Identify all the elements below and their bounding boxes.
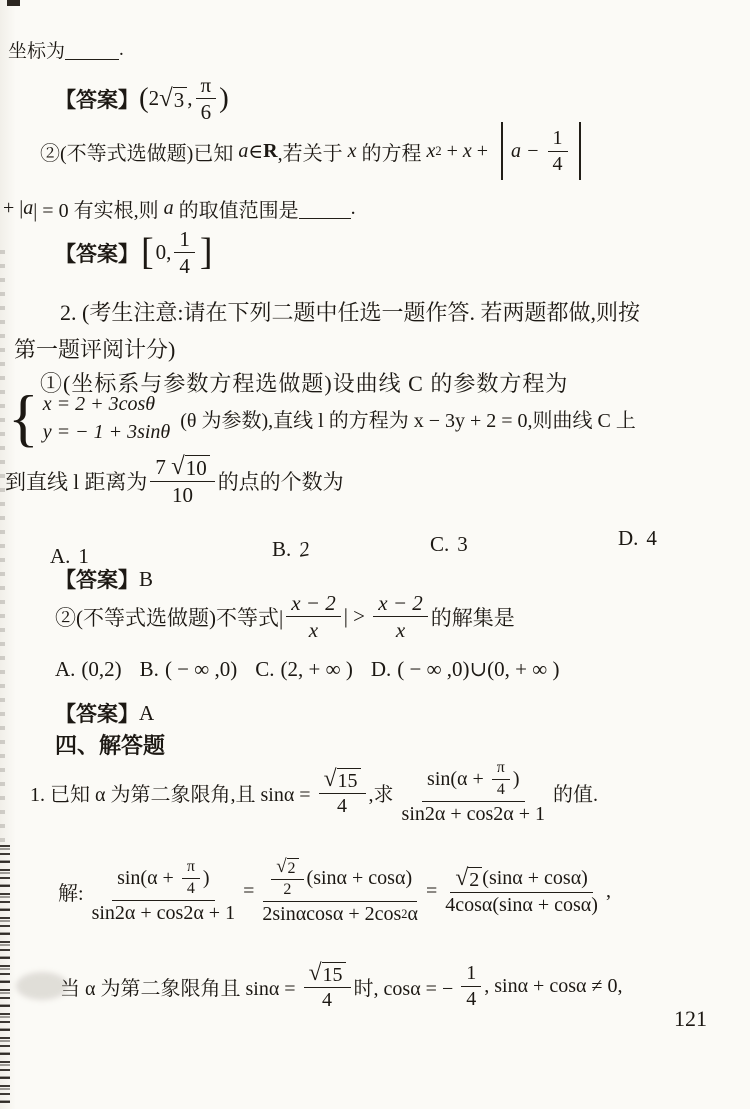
radical-sign: √ (276, 859, 286, 875)
fraction-step-1: sin(α + π4)sin2α + cos2α + 1 (87, 859, 241, 924)
numerator: sin(α + π4) (112, 859, 215, 901)
numerator: √2(sinα + cosα) (450, 867, 593, 893)
fraction-root15-4: √154 (319, 768, 366, 817)
num-text: (sinα + cosα) (307, 868, 413, 889)
trailing-comma: , (606, 880, 611, 903)
choice-row-2: A.(0,2) B.( − ∞ ,0) C.(2, + ∞ ) D.( − ∞ … (55, 657, 559, 682)
denominator: 6 (196, 99, 217, 123)
problem-1: 1. 已知 α 为第二象限角,且 sinα = √154,求sin(α + π4… (30, 760, 598, 825)
option-value: ( − ∞ ,0)∪(0, + ∞ ) (397, 657, 559, 681)
square-root: √15 (324, 768, 361, 791)
answer-blank-underline (65, 39, 119, 59)
distance-text-1: 到直线 l 距离为 (5, 466, 147, 496)
radicand: 15 (322, 962, 346, 985)
numerator: √22(sinα + cosα) (263, 858, 417, 902)
answer-label: 【答案】 (55, 84, 139, 114)
fraction-x-minus-2-over-x-2: x − 2x (373, 592, 428, 641)
choice-option-d: D.4 (618, 526, 657, 551)
fraction-x-minus-2-over-x: x − 2x (286, 592, 341, 641)
denominator: 4 (548, 152, 568, 175)
denominator: 4 (332, 794, 352, 817)
numerator: 1 (548, 128, 568, 152)
text-1: ②(不等式选做题)不等式| (55, 602, 283, 632)
equals-1: = (243, 880, 254, 903)
notice-line-1: 2. (考生注意:请在下列二题中任选一题作答. 若两题都做,则按 (60, 296, 640, 327)
option-value: (0,2) (81, 657, 121, 681)
radical-sign: √ (324, 769, 337, 789)
page-number: 121 (674, 1006, 707, 1032)
fraction-1-4: 14 (461, 963, 481, 1010)
numerator: √2 (271, 858, 303, 880)
fraction-pi-4: π4 (182, 859, 200, 898)
option-label: B. (272, 537, 291, 562)
set-R: R (263, 140, 277, 163)
text-1: + | (3, 197, 23, 220)
num-text-2: ) (203, 868, 210, 889)
var-a: a (238, 140, 248, 163)
choice2-option-d: D.( − ∞ ,0)∪(0, + ∞ ) (371, 657, 560, 682)
plus-2: + (472, 140, 493, 163)
question-inequality-optional: ②(不等式选做题)已知 a∈R,若关于 x 的方程 x2 + x + a − 1… (40, 122, 589, 180)
text-3: 的取值范围是 (174, 194, 299, 223)
denominator: 4 (317, 988, 337, 1011)
question-text-1: ②(不等式选做题)已知 (40, 137, 238, 166)
plus: + (442, 140, 463, 163)
answer-label: 【答案】 (55, 698, 139, 728)
answer-polar-coordinates: 【答案】(2√3,π6) (55, 74, 229, 123)
fraction-pi-4: π4 (492, 760, 510, 799)
square-root: √3 (159, 87, 187, 111)
num-text-1: sin(α + (427, 769, 489, 790)
numerator: √15 (319, 768, 366, 794)
abs-bar-right (579, 122, 581, 180)
conclusion-text-2: 时, cosα = − (354, 972, 459, 1001)
option-label: B. (140, 657, 159, 681)
solution-label: 解: (58, 877, 84, 906)
radicand: 10 (185, 455, 210, 479)
radicand: 2 (468, 867, 482, 890)
bracket-open: [ (139, 236, 156, 268)
answer-value: B (139, 567, 153, 592)
fraction-1-4: 14 (174, 228, 195, 277)
fraction-7root10-10: 7 √1010 (150, 455, 214, 506)
choice-option-c: C.3 (430, 532, 468, 557)
numerator: π (492, 760, 510, 780)
radical-sign: √ (159, 88, 173, 109)
zero-comma: 0, (156, 240, 172, 265)
scan-artifact-top-mark (7, 0, 20, 6)
denominator: x (304, 617, 323, 641)
question-text-2: ,若关于 (278, 137, 348, 166)
fraction-pi-6: π6 (196, 74, 217, 123)
solution-conclusion: 当 α 为第二象限角且 sinα = √154时, cosα = − 14, s… (60, 962, 622, 1011)
notice-line-2: 第一题评阅计分) (14, 333, 175, 364)
var-a-2: a (164, 197, 174, 220)
numerator: x − 2 (373, 592, 428, 617)
solution-line: 解:sin(α + π4)sin2α + cos2α + 1=√22(sinα … (58, 858, 611, 925)
num-text-1: sin(α + (117, 868, 179, 889)
period: . (119, 39, 124, 61)
scanned-document-page: 坐标为. 【答案】(2√3,π6) ②(不等式选做题)已知 a∈R,若关于 x … (0, 0, 750, 1109)
square-root: √10 (171, 455, 210, 479)
numerator: 1 (461, 963, 481, 987)
radical-sign: √ (455, 868, 468, 888)
option-value: ( − ∞ ,0) (165, 657, 237, 681)
answer-blank-underline (299, 198, 351, 219)
num-text: (sinα + cosα) (482, 868, 588, 889)
radicand: 2 (287, 858, 299, 877)
option-value: (2, + ∞ ) (281, 657, 353, 681)
choice2-option-b: B.( − ∞ ,0) (140, 657, 238, 682)
question-text-3: 的方程 (356, 137, 426, 166)
numerator: π (182, 859, 200, 879)
denominator: 2sinαcosα + 2cos2α (257, 902, 423, 925)
text-3: 的解集是 (431, 602, 515, 632)
text-2: | > (344, 604, 371, 629)
option-label: C. (255, 657, 274, 681)
scan-artifact-left-band (0, 845, 10, 1109)
paren-close: ) (219, 86, 229, 111)
bracket-close: ] (198, 236, 215, 268)
problem-text-3: 的值. (553, 778, 598, 807)
equals-2: = (426, 880, 437, 903)
conclusion-text-1: 当 α 为第二象限角且 sinα = (60, 972, 301, 1001)
numerator: 7 √10 (150, 455, 214, 482)
answer-choice-b: 【答案】B (55, 564, 153, 594)
var-a: a (23, 197, 33, 220)
paren-open: ( (139, 86, 149, 111)
notice-text-2: 第一题评阅计分) (14, 333, 175, 364)
element-of: ∈ (248, 139, 263, 164)
section-heading: 四、解答题 (55, 729, 165, 760)
var-x: x (348, 140, 357, 163)
denominator: 10 (167, 482, 198, 506)
numerator: x − 2 (286, 592, 341, 617)
fraction-root2-2: √22 (271, 858, 303, 899)
distance-text-2: 的点的个数为 (218, 466, 344, 496)
answer-value: A (139, 701, 154, 726)
conclusion-text-3: , sinα + cosα ≠ 0, (484, 975, 622, 998)
numerator: √15 (304, 962, 351, 988)
radicand: 3 (173, 87, 188, 111)
numerator: sin(α + π4) (422, 760, 525, 802)
period: . (351, 197, 356, 220)
system-following-text: (θ 为参数),直线 l 的方程为 x − 3y + 2 = 0,则曲线 C 上 (180, 404, 636, 433)
option-value: 4 (646, 526, 657, 551)
equation-system: x = 2 + 3cosθy = − 1 + 3sinθ (43, 390, 171, 446)
var-x-2: x (463, 140, 472, 163)
option-label: A. (55, 657, 75, 681)
coefficient-7: 7 (155, 456, 171, 478)
choice-option-b: B.2 (272, 537, 310, 562)
num-text-2: ) (513, 769, 520, 790)
option-label: D. (618, 526, 638, 551)
numerator: 1 (174, 228, 195, 253)
radical-sign: √ (171, 456, 185, 477)
var-x-squared-base: x (426, 140, 435, 163)
distance-line: 到直线 l 距离为7 √1010的点的个数为 (5, 455, 344, 506)
square-root: √15 (309, 962, 346, 985)
option-label: C. (430, 532, 449, 557)
problem-text-2: ,求 (369, 778, 394, 807)
denominator: sin2α + cos2α + 1 (87, 901, 241, 924)
option-label: D. (371, 657, 391, 681)
radical-sign: √ (309, 963, 322, 983)
equation-x: x = 2 + 3cosθ (43, 390, 171, 418)
equation-y: y = − 1 + 3sinθ (43, 418, 171, 446)
numerator: π (196, 74, 217, 99)
scan-artifact-left-faint (0, 250, 5, 850)
option-value: 2 (297, 536, 311, 562)
den-text-1: 2sinαcosα + 2cos (262, 904, 401, 925)
coefficient: 2 (149, 86, 160, 111)
denominator: x (391, 617, 410, 641)
denominator: 2 (278, 880, 296, 899)
choice2-option-a: A.(0,2) (55, 657, 122, 682)
abs-content: a − (511, 140, 545, 163)
page-number-text: 121 (674, 1006, 707, 1032)
choice2-option-c: C.(2, + ∞ ) (255, 657, 353, 682)
denominator: sin2α + cos2α + 1 (397, 802, 551, 825)
answer-label: 【答案】 (55, 564, 139, 594)
line-coordinates-blank: 坐标为. (8, 36, 124, 63)
big-fraction-target: sin(α + π4)sin2α + cos2α + 1 (397, 760, 551, 825)
notice-text-1: 2. (考生注意:请在下列二题中任选一题作答. 若两题都做,则按 (60, 296, 640, 327)
square-root: √2 (455, 867, 482, 890)
fraction-step-3: √2(sinα + cosα)4cosα(sinα + cosα) (440, 867, 603, 916)
radicand: 15 (337, 768, 361, 791)
denominator: 4 (492, 780, 510, 799)
fraction-root15-4: √154 (304, 962, 351, 1011)
square-root: √2 (276, 858, 298, 877)
den-text-2: α (407, 904, 417, 925)
problem-text-1: 1. 已知 α 为第二象限角,且 sinα = (30, 778, 316, 807)
option-value: 3 (457, 532, 468, 557)
section-title-text: 四、解答题 (55, 729, 165, 760)
answer-choice-a: 【答案】A (55, 698, 154, 728)
fraction-step-2: √22(sinα + cosα)2sinαcosα + 2cos2α (257, 858, 423, 925)
fraction-1-4: 14 (548, 128, 568, 175)
answer-range: 【答案】[0,14] (55, 228, 215, 277)
denominator: 4cosα(sinα + cosα) (440, 893, 603, 916)
coords-text: 坐标为 (8, 36, 65, 63)
denominator: 4 (182, 879, 200, 898)
denominator: 4 (461, 987, 481, 1010)
denominator: 4 (174, 253, 195, 277)
text-2: | = 0 有实根,则 (33, 194, 163, 223)
answer-label: 【答案】 (55, 238, 139, 268)
cases-brace: { (8, 391, 39, 445)
parametric-system: {x = 2 + 3cosθy = − 1 + 3sinθ(θ 为参数),直线 … (8, 390, 636, 446)
abs-bar-left (501, 122, 503, 180)
comma: , (187, 86, 192, 111)
question-inequality-2: ②(不等式选做题)不等式|x − 2x| > x − 2x的解集是 (55, 592, 515, 641)
question-inequality-continued: + |a| = 0 有实根,则 a 的取值范围是. (3, 194, 356, 223)
